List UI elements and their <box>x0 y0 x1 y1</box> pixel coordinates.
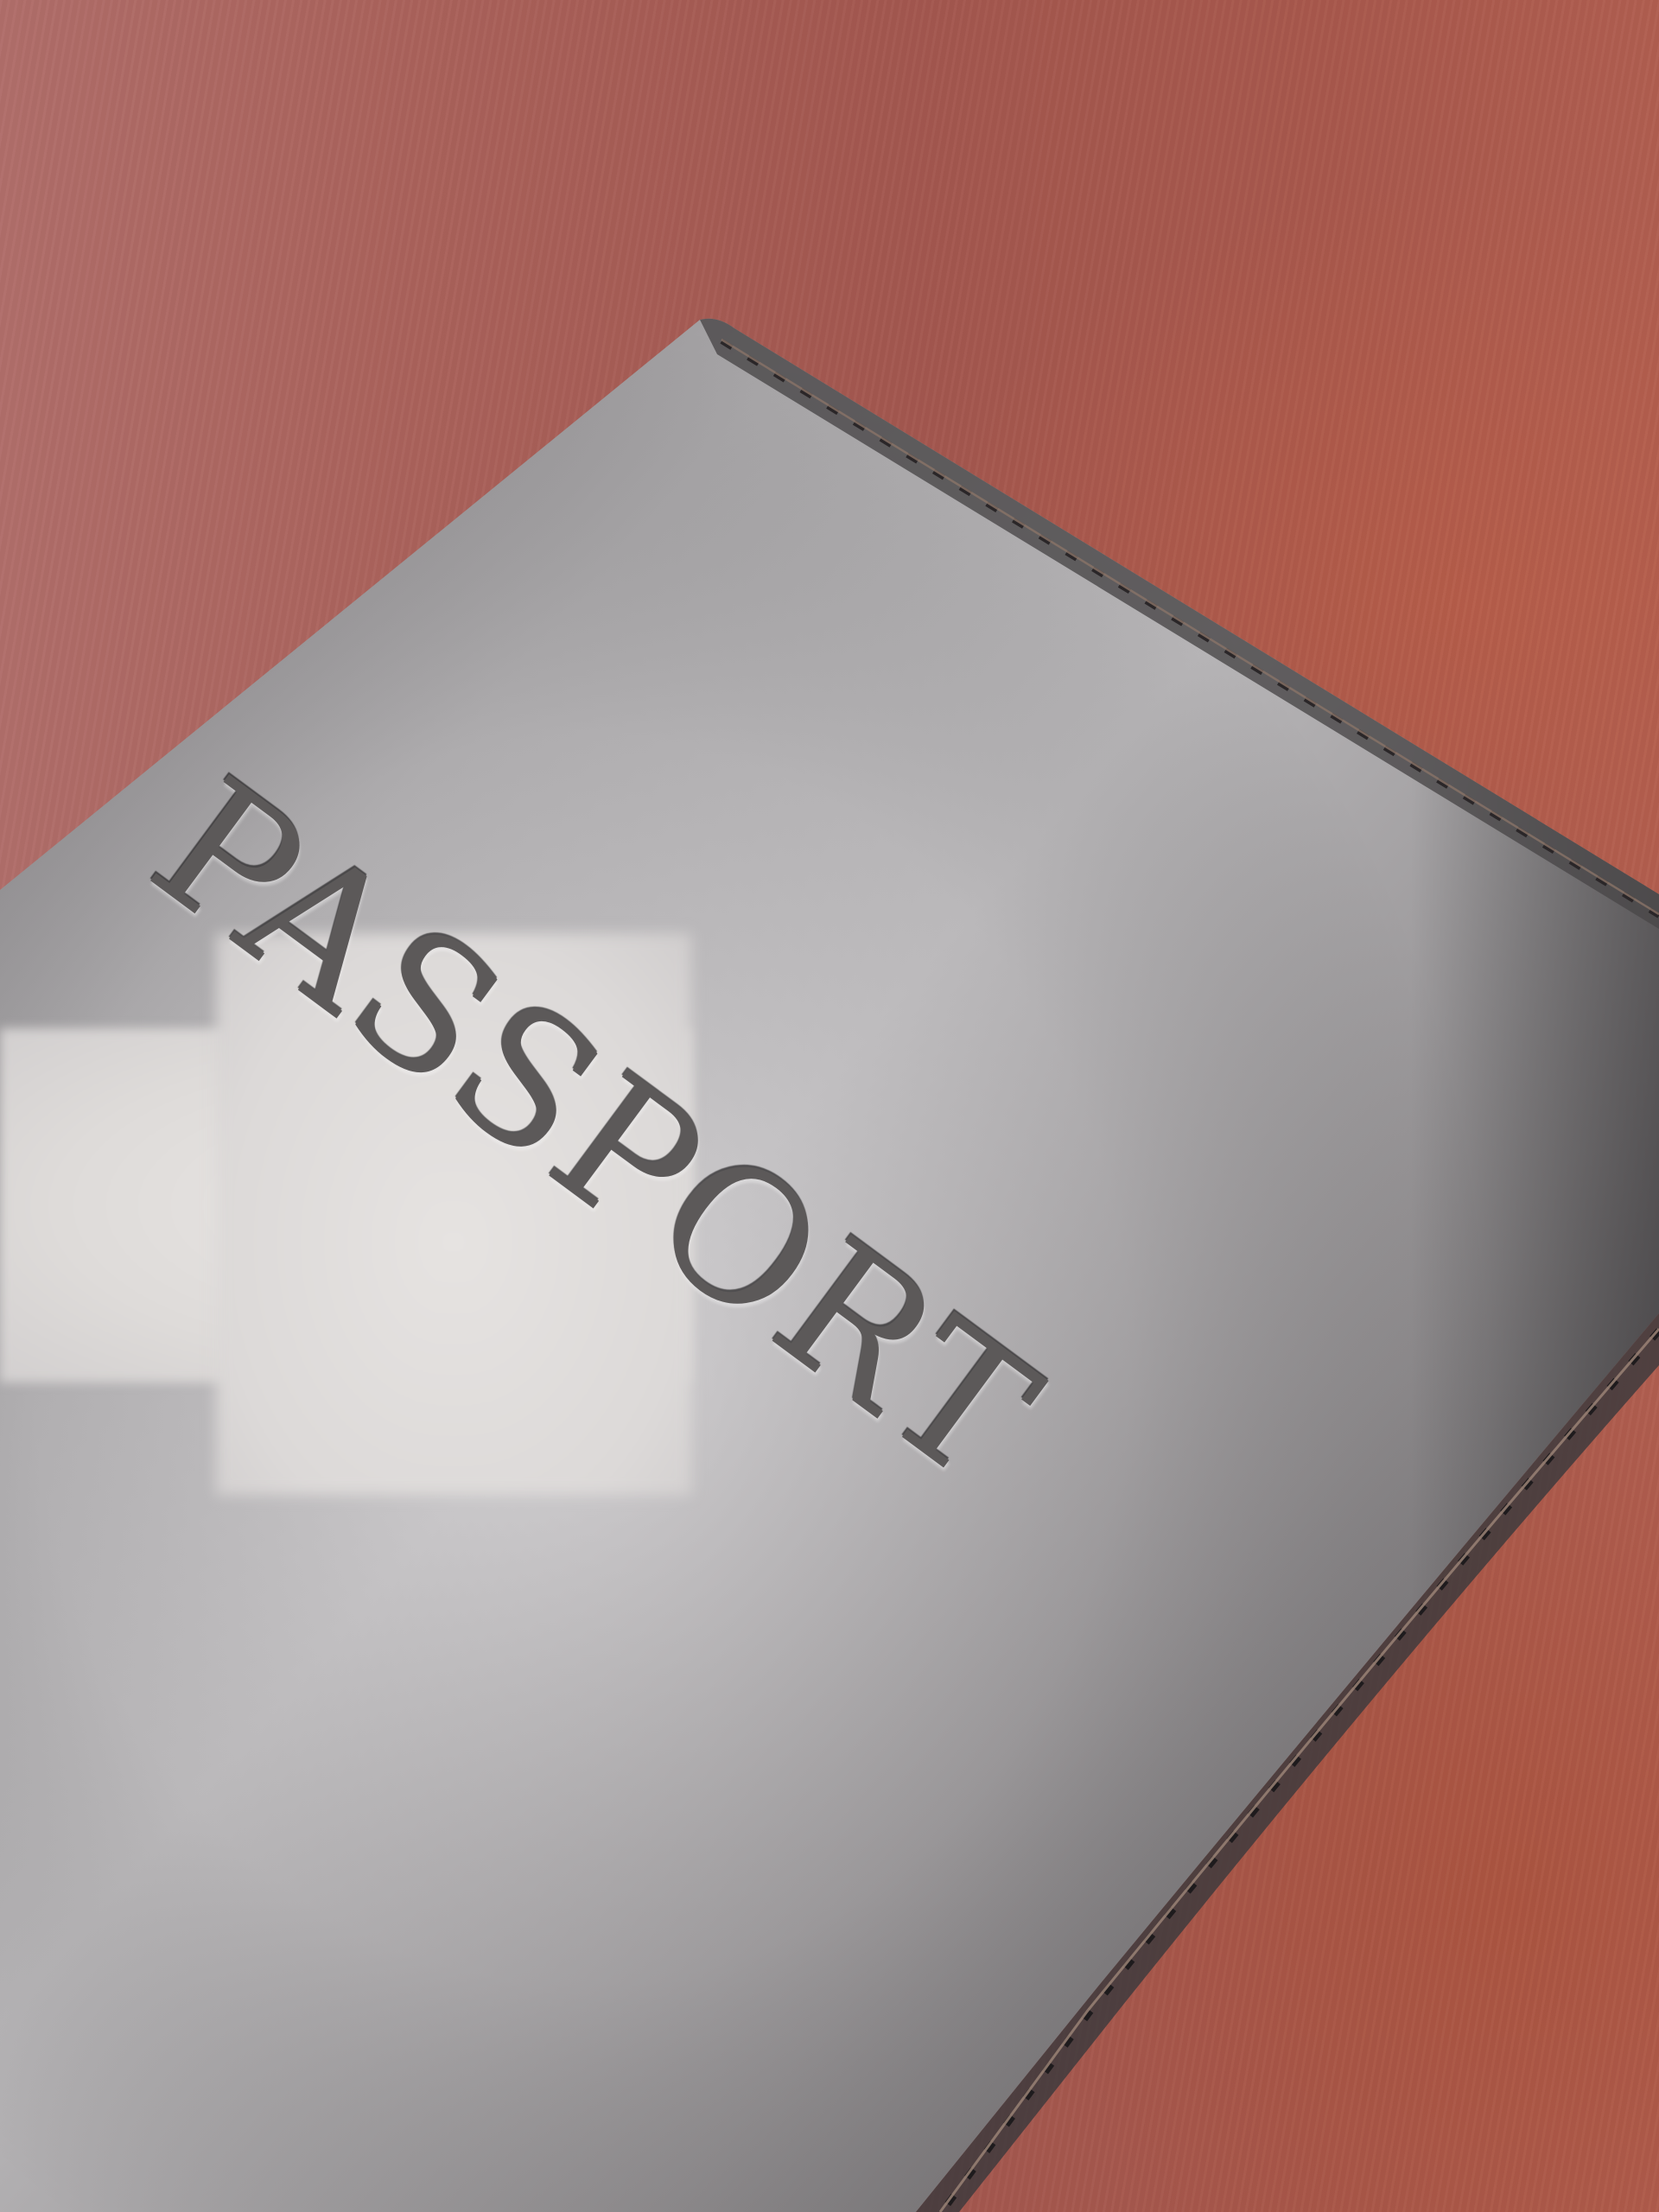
photo-scene: PASSPORT <box>0 0 1659 2212</box>
passport-cover: PASSPORT <box>0 0 1659 2212</box>
